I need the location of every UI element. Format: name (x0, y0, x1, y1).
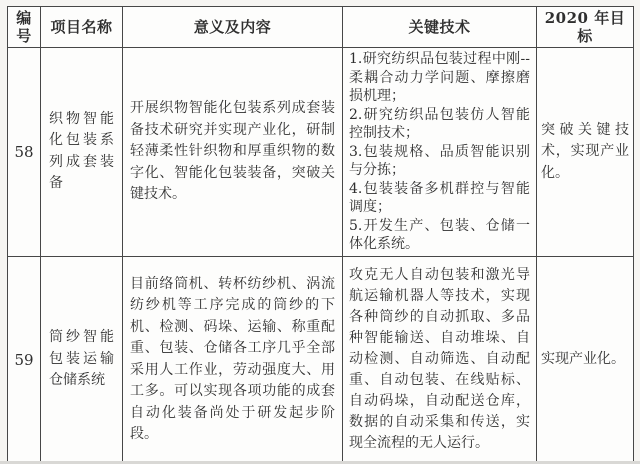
project-number: 58 (8, 48, 41, 257)
header-project-name: 项目名称 (41, 7, 123, 48)
header-significance-content: 意义及内容 (123, 7, 343, 48)
header-2020-goal: 2020 年目标 (537, 7, 634, 48)
document-page: { "table": { "headers": ["编号", "项目名称", "… (0, 0, 640, 464)
project-key-technology: 1.研究纺织品包装过程中刚--柔耦合动力学问题、摩擦磨损机理； 2.研究纺织品包… (343, 48, 537, 257)
project-goal: 实现产业化。 (537, 256, 634, 463)
project-key-technology: 攻克无人自动包装和激光导航运输机器人等技术，实现各种筒纱的自动抓取、多品种智能输… (343, 256, 537, 463)
project-number: 59 (8, 256, 41, 463)
project-plan-table: 编号 项目名称 意义及内容 关键技术 2020 年目标 58 织物智能化包装系列… (7, 6, 634, 464)
header-number: 编号 (8, 7, 41, 48)
table-row-59: 59 筒纱智能包装运输仓储系统 目前络筒机、转杯纺纱机、涡流纺纱机等工序完成的筒… (8, 256, 634, 463)
project-name: 筒纱智能包装运输仓储系统 (41, 256, 123, 463)
project-name: 织物智能化包装系列成套装备 (41, 48, 123, 257)
project-goal: 突破关键技术，实现产业化。 (537, 48, 634, 257)
table-row-58: 58 织物智能化包装系列成套装备 开展织物智能化包装系列成套装备技术研究并实现产… (8, 48, 634, 257)
project-significance: 开展织物智能化包装系列成套装备技术研究并实现产业化，研制轻薄柔性针织物和厚重织物… (123, 48, 343, 257)
header-key-technology: 关键技术 (343, 7, 537, 48)
project-significance: 目前络筒机、转杯纺纱机、涡流纺纱机等工序完成的筒纱的下机、检测、码垛、运输、称重… (123, 256, 343, 463)
table-header-row: 编号 项目名称 意义及内容 关键技术 2020 年目标 (8, 7, 634, 48)
